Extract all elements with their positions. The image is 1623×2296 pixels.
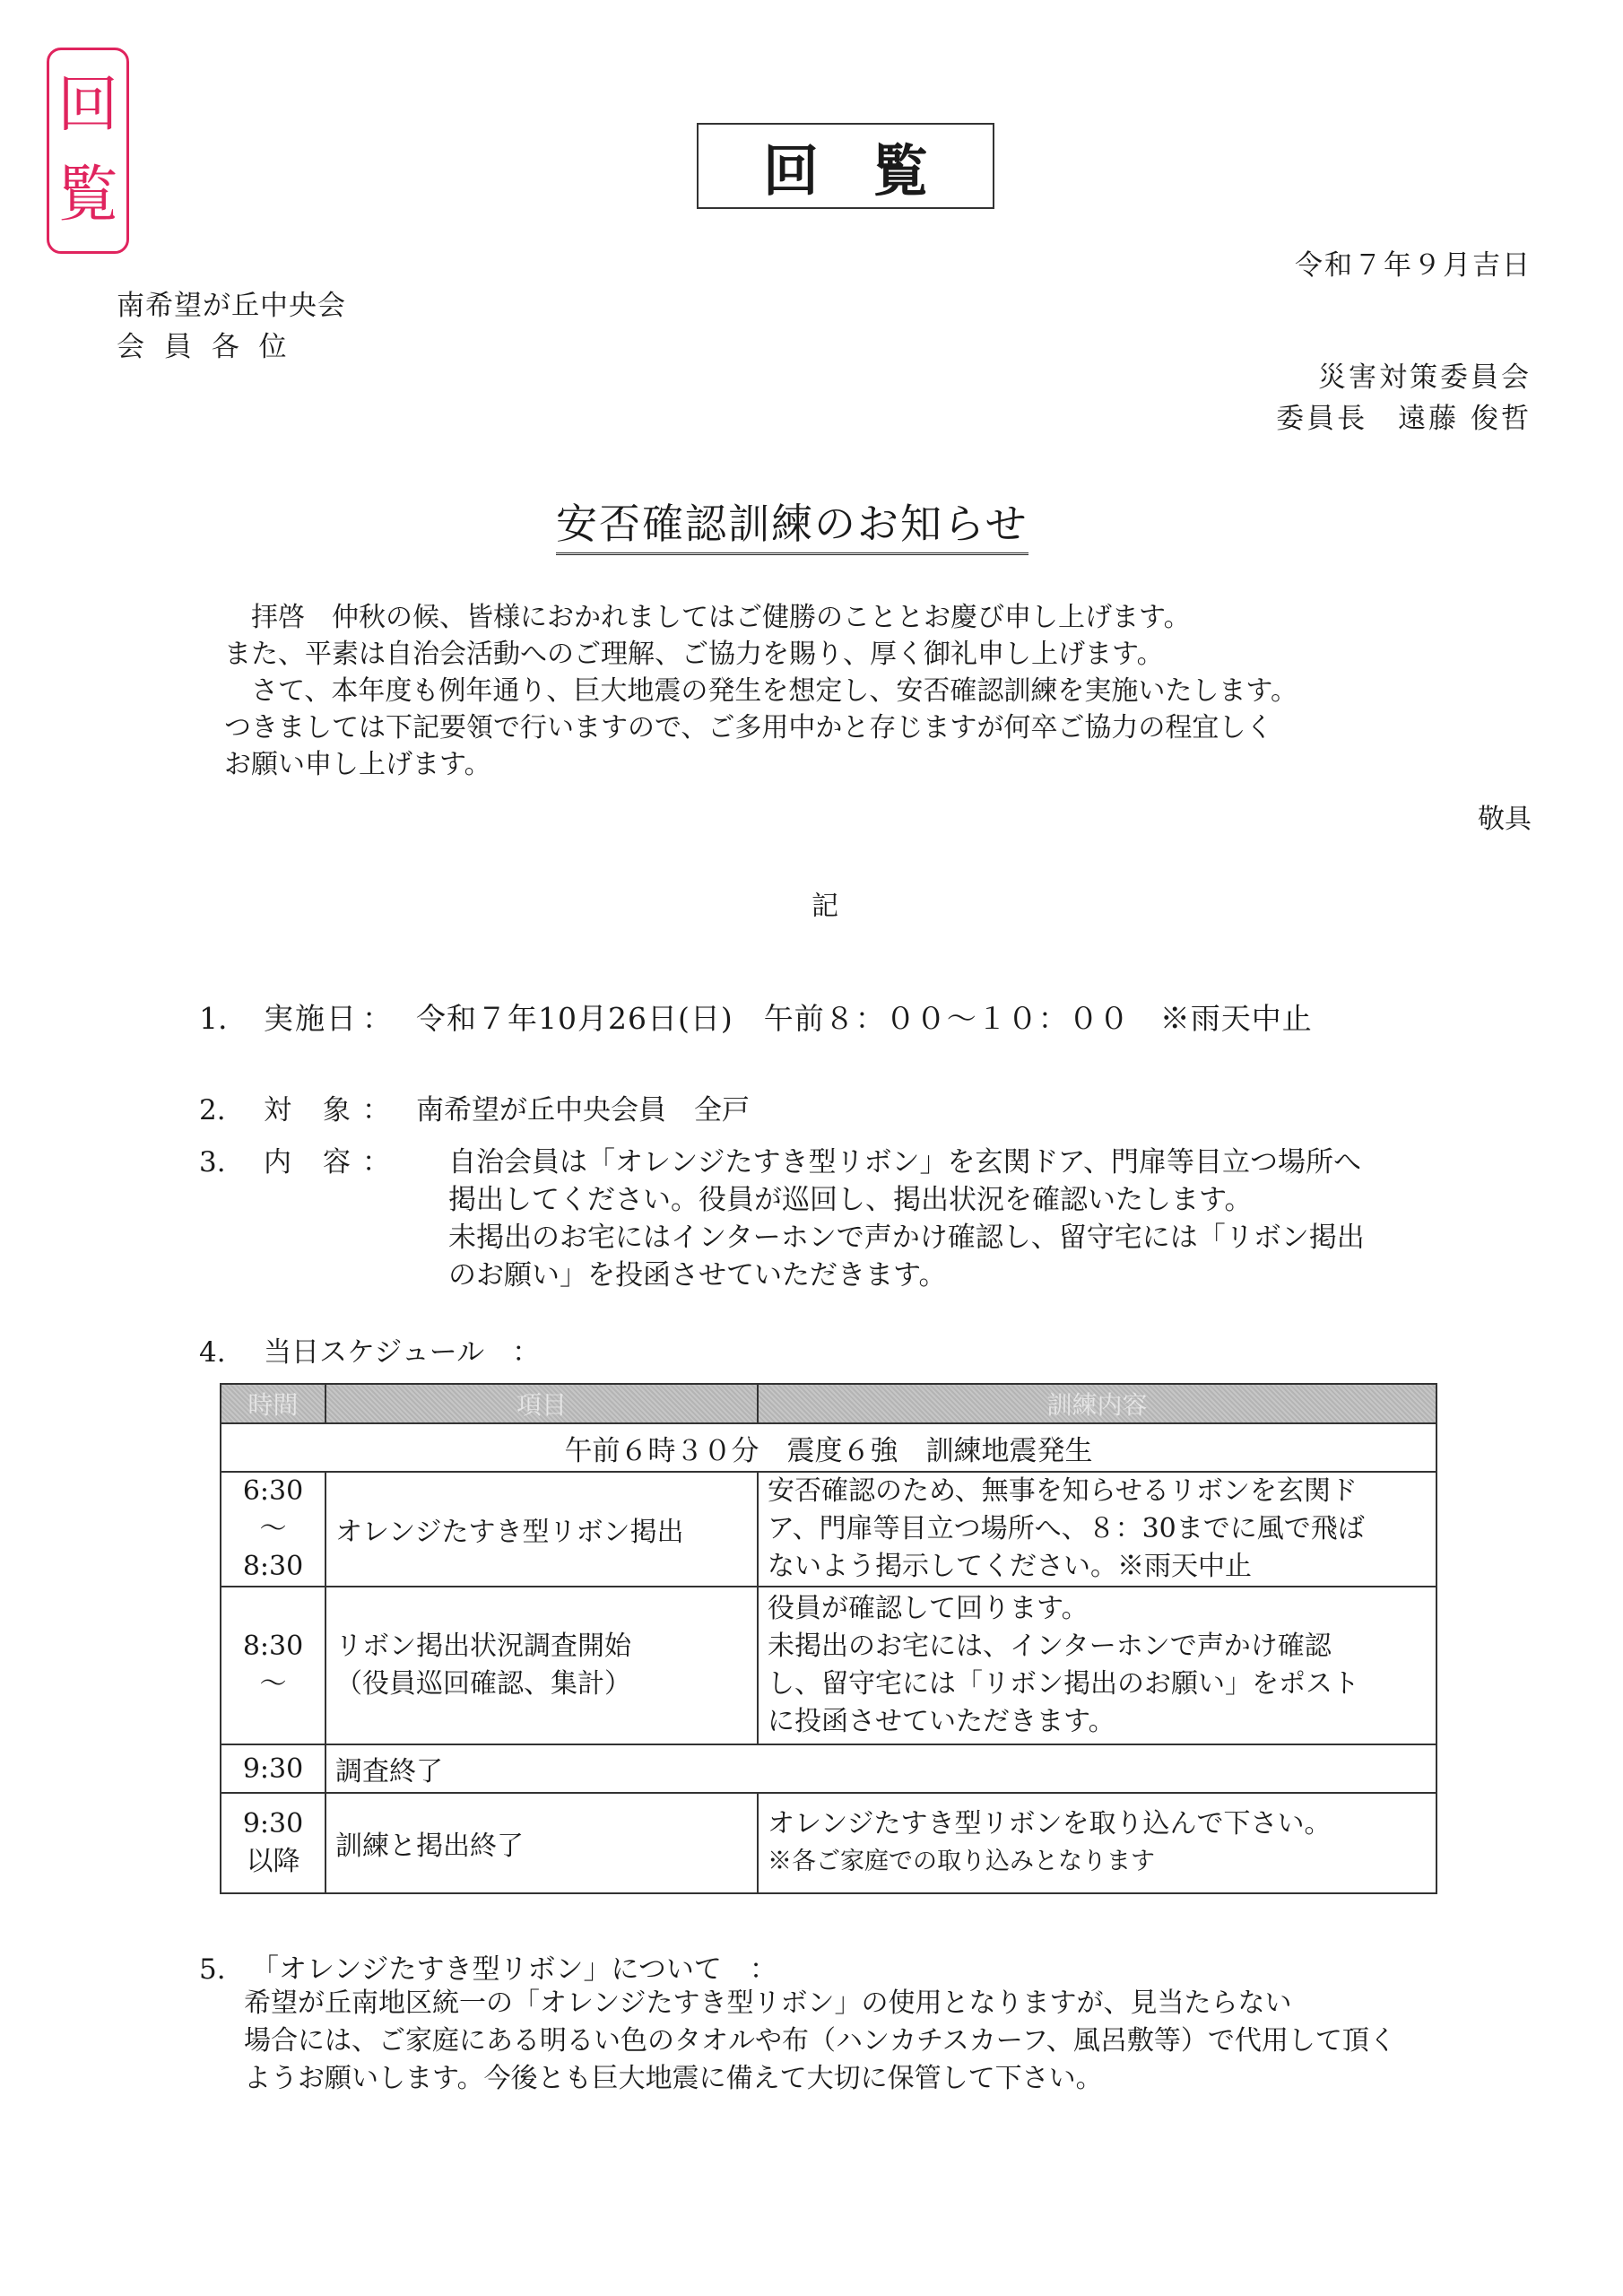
item-colon: ： <box>362 1087 416 1127</box>
item-value: 南希望が丘中央会員 全戸 <box>416 1094 750 1126</box>
table-row: 9:30 調査終了 <box>221 1744 1436 1793</box>
detail-line: オレンジたすき型リボンを取り込んで下さい。 <box>768 1805 1427 1843</box>
row-item: リボン掲出状況調査開始 （役員巡回確認、集計） <box>325 1587 758 1744</box>
greeting-line: お願い申し上げます。 <box>224 746 1298 783</box>
item-text: オレンジたすき型リボン掲出 <box>335 1509 748 1549</box>
ribbon-line: 場合には、ご家庭にある明るい色のタオルや布（ハンカチスカーフ、風呂敷等）で代用し… <box>244 2022 1396 2060</box>
addressee-org: 南希望が丘中央会 <box>117 285 346 326</box>
item-colon: ： <box>362 996 416 1038</box>
quake-announcement: 午前６時３０分 震度６強 訓練地震発生 <box>221 1423 1436 1472</box>
item-label: 対 象 <box>264 1087 362 1127</box>
item-text: リボン掲出状況調査開始 <box>335 1628 748 1665</box>
table-header-row: 時間 項目 訓練内容 <box>221 1384 1436 1423</box>
detail-line: に投函させていただきます。 <box>768 1703 1427 1741</box>
header-item: 項目 <box>325 1384 758 1423</box>
item-colon: ： <box>362 1144 416 1181</box>
addressee-members: 会 員 各 位 <box>117 326 346 368</box>
box-title-char-1: 回 <box>763 126 819 206</box>
row-detail: オレンジたすき型リボンを取り込んで下さい。 ※各ご家庭での取り込みとなります <box>758 1793 1436 1893</box>
time-text: 9:30 <box>230 1805 316 1843</box>
item-text: （役員巡回確認、集計） <box>335 1665 748 1703</box>
item-label: 当日スケジュール ： <box>264 1336 540 1369</box>
time-text: 8:30 <box>230 1628 316 1665</box>
stamp-char-2: 覧 <box>57 165 118 226</box>
item-label: 内 容 <box>264 1144 362 1181</box>
row-time: 9:30 以降 <box>221 1793 325 1893</box>
content-line: 未掲出のお宅にはインターホンで声かけ確認し、留守宅には「リボン掲出 <box>448 1219 1365 1257</box>
content-line: 掲出してください。役員が巡回し、掲出状況を確認いたします。 <box>448 1181 1365 1219</box>
sender-chair: 委員長 遠藤 俊哲 <box>1276 398 1532 439</box>
detail-line: ないよう掲示してください。※雨天中止 <box>768 1548 1427 1586</box>
greeting-paragraph: 拝啓 仲秋の候、皆様におかれましてはご健勝のこととお慶び申し上げます。 また、平… <box>224 599 1298 783</box>
item-target: 2.対 象：南希望が丘中央会員 全戸 <box>199 1087 750 1127</box>
issue-date: 令和７年９月吉日 <box>1295 242 1532 283</box>
page-title: 安否確認訓練のお知らせ <box>556 491 1028 555</box>
item-content: 3.内 容： 自治会員は「オレンジたすき型リボン」を玄関ドア、門扉等目立つ場所へ… <box>199 1144 416 1181</box>
greeting-line: 拝啓 仲秋の候、皆様におかれましてはご健勝のこととお慶び申し上げます。 <box>224 599 1298 636</box>
item-ribbon-text: 希望が丘南地区統一の「オレンジたすき型リボン」の使用となりますが、見当たらない … <box>244 1985 1396 2098</box>
detail-line: 未掲出のお宅には、インターホンで声かけ確認 <box>768 1628 1427 1665</box>
header-time: 時間 <box>221 1384 325 1423</box>
item-number: 4. <box>199 1336 264 1369</box>
time-text: 以降 <box>230 1843 316 1881</box>
detail-line: し、留守宅には「リボン掲出のお願い」をポスト <box>768 1665 1427 1703</box>
table-row: 9:30 以降 訓練と掲出終了 オレンジたすき型リボンを取り込んで下さい。 ※各… <box>221 1793 1436 1893</box>
ki-heading: 記 <box>811 883 838 923</box>
item-text: 訓練と掲出終了 <box>335 1823 748 1863</box>
time-text: 6:30 <box>230 1473 316 1510</box>
detail-line: 安否確認のため、無事を知らせるリボンを玄関ド <box>768 1473 1427 1510</box>
row-item: 調査終了 <box>325 1744 1436 1793</box>
detail-line: ア、門扉等目立つ場所へ、８：30までに風で飛ば <box>768 1510 1427 1548</box>
table-row: 8:30 〜 リボン掲出状況調査開始 （役員巡回確認、集計） 役員が確認して回り… <box>221 1587 1436 1744</box>
content-line: 自治会員は「オレンジたすき型リボン」を玄関ドア、門扉等目立つ場所へ <box>448 1144 1365 1181</box>
greeting-line: また、平素は自治会活動へのご理解、ご協力を賜り、厚く御礼申し上げます。 <box>224 636 1298 673</box>
time-text: 〜 <box>230 1665 316 1703</box>
row-time: 6:30 〜 8:30 <box>221 1472 325 1587</box>
greeting-line: さて、本年度も例年通り、巨大地震の発生を想定し、安否確認訓練を実施いたします。 <box>224 673 1298 709</box>
quake-row: 午前６時３０分 震度６強 訓練地震発生 <box>221 1423 1436 1472</box>
greeting-line: つきましては下記要領で行いますので、ご多用中かと存じますが何卒ご協力の程宜しく <box>224 709 1298 746</box>
row-time: 8:30 〜 <box>221 1587 325 1744</box>
header-detail: 訓練内容 <box>758 1384 1436 1423</box>
item-number: 5. <box>199 1953 251 1986</box>
stamp-char-1: 回 <box>57 75 118 136</box>
table-row: 6:30 〜 8:30 オレンジたすき型リボン掲出 安否確認のため、無事を知らせ… <box>221 1472 1436 1587</box>
item-content-text: 自治会員は「オレンジたすき型リボン」を玄関ドア、門扉等目立つ場所へ 掲出してくだ… <box>448 1144 1365 1294</box>
closing-word: 敬具 <box>1478 796 1532 836</box>
time-text: 9:30 <box>230 1753 316 1785</box>
item-number: 3. <box>199 1144 264 1181</box>
ribbon-line: ようお願いします。今後とも巨大地震に備えて大切に保管して下さい。 <box>244 2060 1396 2098</box>
box-title-char-2: 覧 <box>872 126 928 206</box>
item-schedule-heading: 4.当日スケジュール ： <box>199 1329 540 1370</box>
item-value: 令和７年10月26日(日) 午前８：００〜１０：００ ※雨天中止 <box>416 1001 1313 1036</box>
row-detail: 安否確認のため、無事を知らせるリボンを玄関ド ア、門扉等目立つ場所へ、８：30ま… <box>758 1472 1436 1587</box>
circulation-title-box: 回 覧 <box>697 123 994 209</box>
item-date: 1.実施日：令和７年10月26日(日) 午前８：００〜１０：００ ※雨天中止 <box>199 996 1313 1038</box>
item-ribbon-heading: 5.「オレンジたすき型リボン」について ： <box>199 1946 777 1987</box>
row-item: 訓練と掲出終了 <box>325 1793 758 1893</box>
detail-note: ※各ご家庭での取り込みとなります <box>768 1843 1427 1881</box>
sender: 災害対策委員会 委員長 遠藤 俊哲 <box>1276 357 1532 439</box>
row-detail: 役員が確認して回ります。 未掲出のお宅には、インターホンで声かけ確認 し、留守宅… <box>758 1587 1436 1744</box>
detail-line: 役員が確認して回ります。 <box>768 1590 1427 1628</box>
item-label: 「オレンジたすき型リボン」について ： <box>251 1953 777 1986</box>
time-text: 8:30 <box>230 1548 316 1586</box>
addressee: 南希望が丘中央会 会 員 各 位 <box>117 285 346 368</box>
item-text: 調査終了 <box>335 1749 1427 1788</box>
ribbon-line: 希望が丘南地区統一の「オレンジたすき型リボン」の使用となりますが、見当たらない <box>244 1985 1396 2022</box>
time-text: 〜 <box>230 1510 316 1548</box>
row-time: 9:30 <box>221 1744 325 1793</box>
row-item: オレンジたすき型リボン掲出 <box>325 1472 758 1587</box>
sender-committee: 災害対策委員会 <box>1276 357 1532 398</box>
item-number: 2. <box>199 1094 264 1126</box>
content-line: のお願い」を投函させていただきます。 <box>448 1257 1365 1294</box>
item-number: 1. <box>199 1001 264 1036</box>
item-label: 実施日 <box>264 996 362 1038</box>
schedule-table: 時間 項目 訓練内容 午前６時３０分 震度６強 訓練地震発生 6:30 〜 8:… <box>220 1383 1437 1894</box>
circulation-stamp: 回 覧 <box>47 48 129 254</box>
